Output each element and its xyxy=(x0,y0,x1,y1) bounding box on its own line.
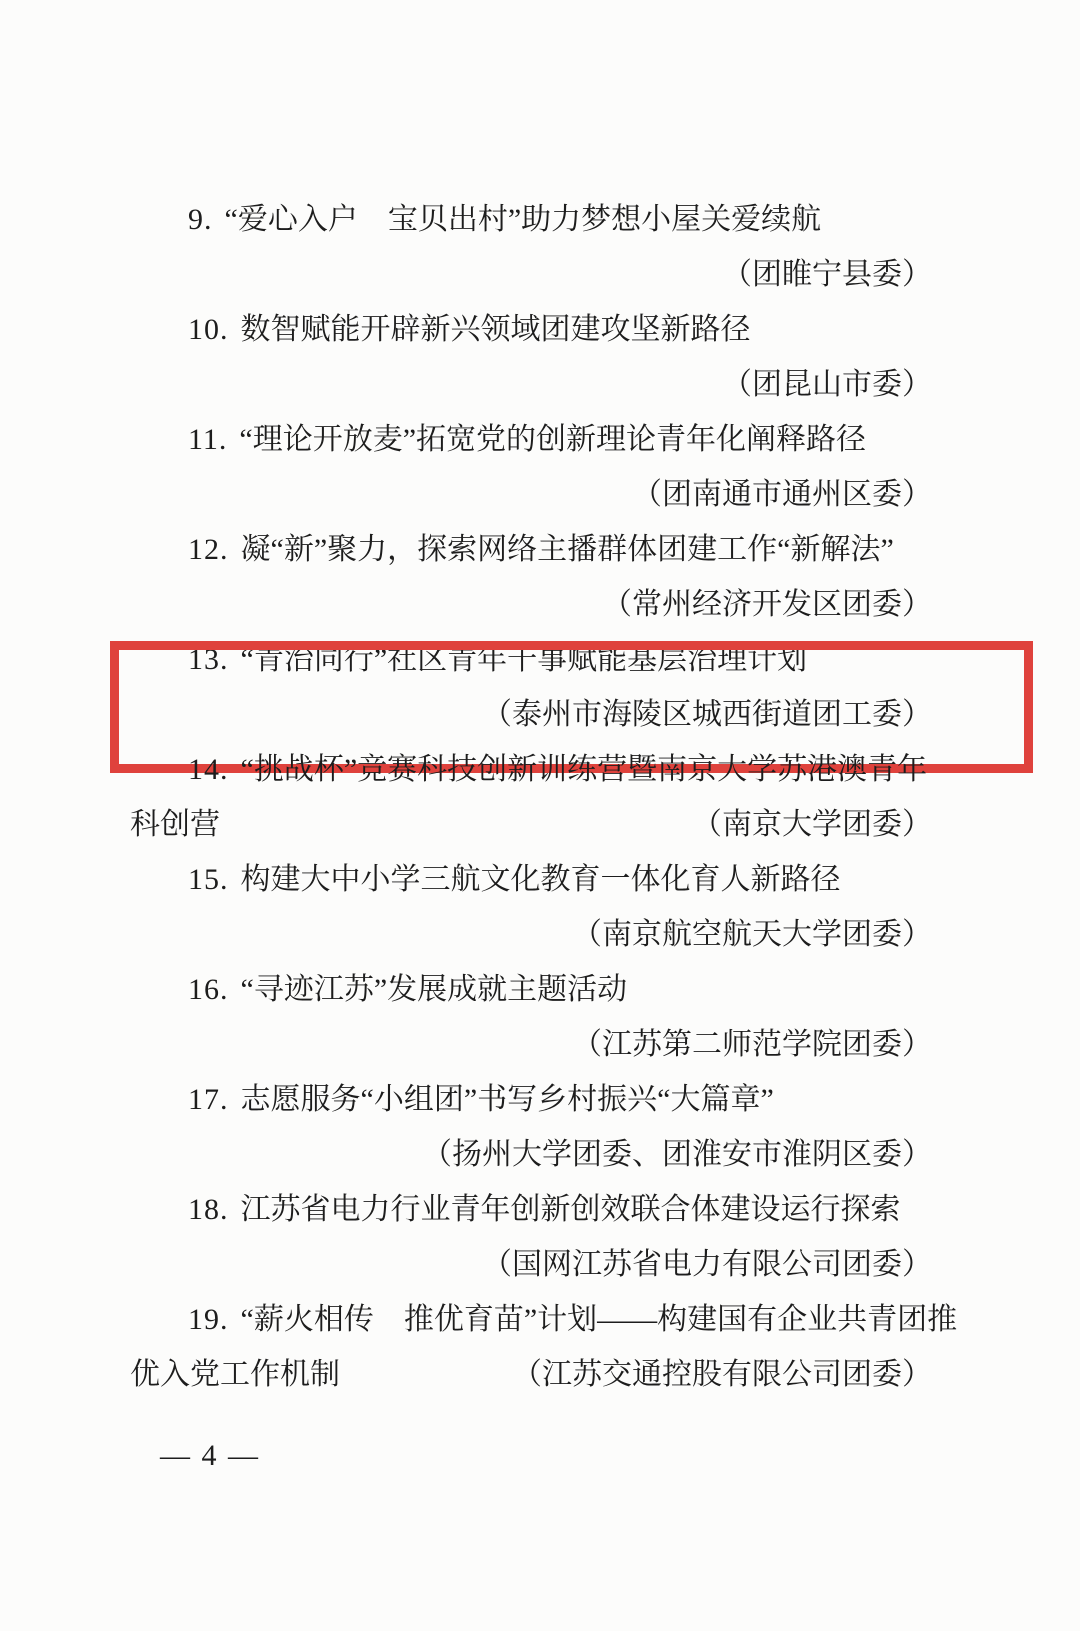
list-item-14: 14.“挑战杯”竞赛科技创新训练营暨南京大学苏港澳青年 科创营（南京大学团委） xyxy=(130,742,932,852)
list-item-12: 12.凝“新”聚力，探索网络主播群体团建工作“新解法” （常州经济开发区团委） xyxy=(130,522,932,632)
item-number: 17. xyxy=(188,1083,229,1116)
item-org: （江苏第二师范学院团委） xyxy=(130,1017,932,1072)
item-title-continuation: 优入党工作机制 xyxy=(130,1347,340,1402)
item-title: 凝“新”聚力，探索网络主播群体团建工作“新解法” xyxy=(241,533,894,566)
list-item-19: 19.“薪火相传 推优育苗”计划——构建国有企业共青团推 优入党工作机制（江苏交… xyxy=(130,1292,932,1402)
item-number: 11. xyxy=(188,423,227,456)
item-number: 16. xyxy=(188,973,229,1006)
item-title: 江苏省电力行业青年创新创效联合体建设运行探索 xyxy=(241,1193,901,1226)
item-title-wrap-line: 科创营（南京大学团委） xyxy=(130,797,932,852)
item-title: “挑战杯”竞赛科技创新训练营暨南京大学苏港澳青年 xyxy=(241,753,928,786)
item-title-line: 9.“爱心入户 宝贝出村”助力梦想小屋关爱续航 xyxy=(130,192,932,247)
list-item-10: 10.数智赋能开辟新兴领域团建攻坚新路径 （团昆山市委） xyxy=(130,302,932,412)
item-number: 18. xyxy=(188,1193,229,1226)
item-title-line: 11.“理论开放麦”拓宽党的创新理论青年化阐释路径 xyxy=(130,412,932,467)
item-title-line: 14.“挑战杯”竞赛科技创新训练营暨南京大学苏港澳青年 xyxy=(130,742,932,797)
item-number: 19. xyxy=(188,1303,229,1336)
item-number: 10. xyxy=(188,313,229,346)
list-item-13-highlighted: 13.“青治同行”社区青年干事赋能基层治理计划 （泰州市海陵区城西街道团工委） xyxy=(130,632,932,742)
item-org: （江苏交通控股有限公司团委） xyxy=(512,1347,932,1402)
item-title-line: 19.“薪火相传 推优育苗”计划——构建国有企业共青团推 xyxy=(130,1292,932,1347)
item-title-line: 10.数智赋能开辟新兴领域团建攻坚新路径 xyxy=(130,302,932,357)
list-item-11: 11.“理论开放麦”拓宽党的创新理论青年化阐释路径 （团南通市通州区委） xyxy=(130,412,932,522)
item-number: 12. xyxy=(188,533,229,566)
item-title: “爱心入户 宝贝出村”助力梦想小屋关爱续航 xyxy=(225,203,822,236)
item-title: “寻迹江苏”发展成就主题活动 xyxy=(241,973,628,1006)
item-org: （团睢宁县委） xyxy=(130,247,932,302)
item-title-line: 18.江苏省电力行业青年创新创效联合体建设运行探索 xyxy=(130,1182,932,1237)
item-title-wrap-line: 优入党工作机制（江苏交通控股有限公司团委） xyxy=(130,1347,932,1402)
document-page: 9.“爱心入户 宝贝出村”助力梦想小屋关爱续航 （团睢宁县委） 10.数智赋能开… xyxy=(0,0,1080,1631)
item-title-line: 15.构建大中小学三航文化教育一体化育人新路径 xyxy=(130,852,932,907)
item-title: “青治同行”社区青年干事赋能基层治理计划 xyxy=(241,643,808,676)
item-title-line: 17.志愿服务“小组团”书写乡村振兴“大篇章” xyxy=(130,1072,932,1127)
item-org: （泰州市海陵区城西街道团工委） xyxy=(130,687,932,742)
item-org: （团南通市通州区委） xyxy=(130,467,932,522)
item-number: 13. xyxy=(188,643,229,676)
item-title: 数智赋能开辟新兴领域团建攻坚新路径 xyxy=(241,313,751,346)
list-content: 9.“爱心入户 宝贝出村”助力梦想小屋关爱续航 （团睢宁县委） 10.数智赋能开… xyxy=(130,192,932,1483)
item-title-line: 13.“青治同行”社区青年干事赋能基层治理计划 xyxy=(130,632,932,687)
list-item-16: 16.“寻迹江苏”发展成就主题活动 （江苏第二师范学院团委） xyxy=(130,962,932,1072)
item-title: “薪火相传 推优育苗”计划——构建国有企业共青团推 xyxy=(241,1303,958,1336)
item-org: （团昆山市委） xyxy=(130,357,932,412)
item-title: 志愿服务“小组团”书写乡村振兴“大篇章” xyxy=(241,1083,774,1116)
item-title: “理论开放麦”拓宽党的创新理论青年化阐释路径 xyxy=(239,423,866,456)
item-org: （国网江苏省电力有限公司团委） xyxy=(130,1237,932,1292)
item-number: 15. xyxy=(188,863,229,896)
item-number: 14. xyxy=(188,753,229,786)
list-item-18: 18.江苏省电力行业青年创新创效联合体建设运行探索 （国网江苏省电力有限公司团委… xyxy=(130,1182,932,1292)
item-title-line: 12.凝“新”聚力，探索网络主播群体团建工作“新解法” xyxy=(130,522,932,577)
item-title: 构建大中小学三航文化教育一体化育人新路径 xyxy=(241,863,841,896)
item-number: 9. xyxy=(188,203,213,236)
item-title-line: 16.“寻迹江苏”发展成就主题活动 xyxy=(130,962,932,1017)
item-org: （扬州大学团委、团淮安市淮阴区委） xyxy=(130,1127,932,1182)
list-item-15: 15.构建大中小学三航文化教育一体化育人新路径 （南京航空航天大学团委） xyxy=(130,852,932,962)
list-item-17: 17.志愿服务“小组团”书写乡村振兴“大篇章” （扬州大学团委、团淮安市淮阴区委… xyxy=(130,1072,932,1182)
item-org: （南京大学团委） xyxy=(692,797,932,852)
item-org: （南京航空航天大学团委） xyxy=(130,907,932,962)
list-item-9: 9.“爱心入户 宝贝出村”助力梦想小屋关爱续航 （团睢宁县委） xyxy=(130,192,932,302)
item-org: （常州经济开发区团委） xyxy=(130,577,932,632)
item-title-continuation: 科创营 xyxy=(130,797,220,852)
page-number: — 4 — xyxy=(130,1428,932,1483)
